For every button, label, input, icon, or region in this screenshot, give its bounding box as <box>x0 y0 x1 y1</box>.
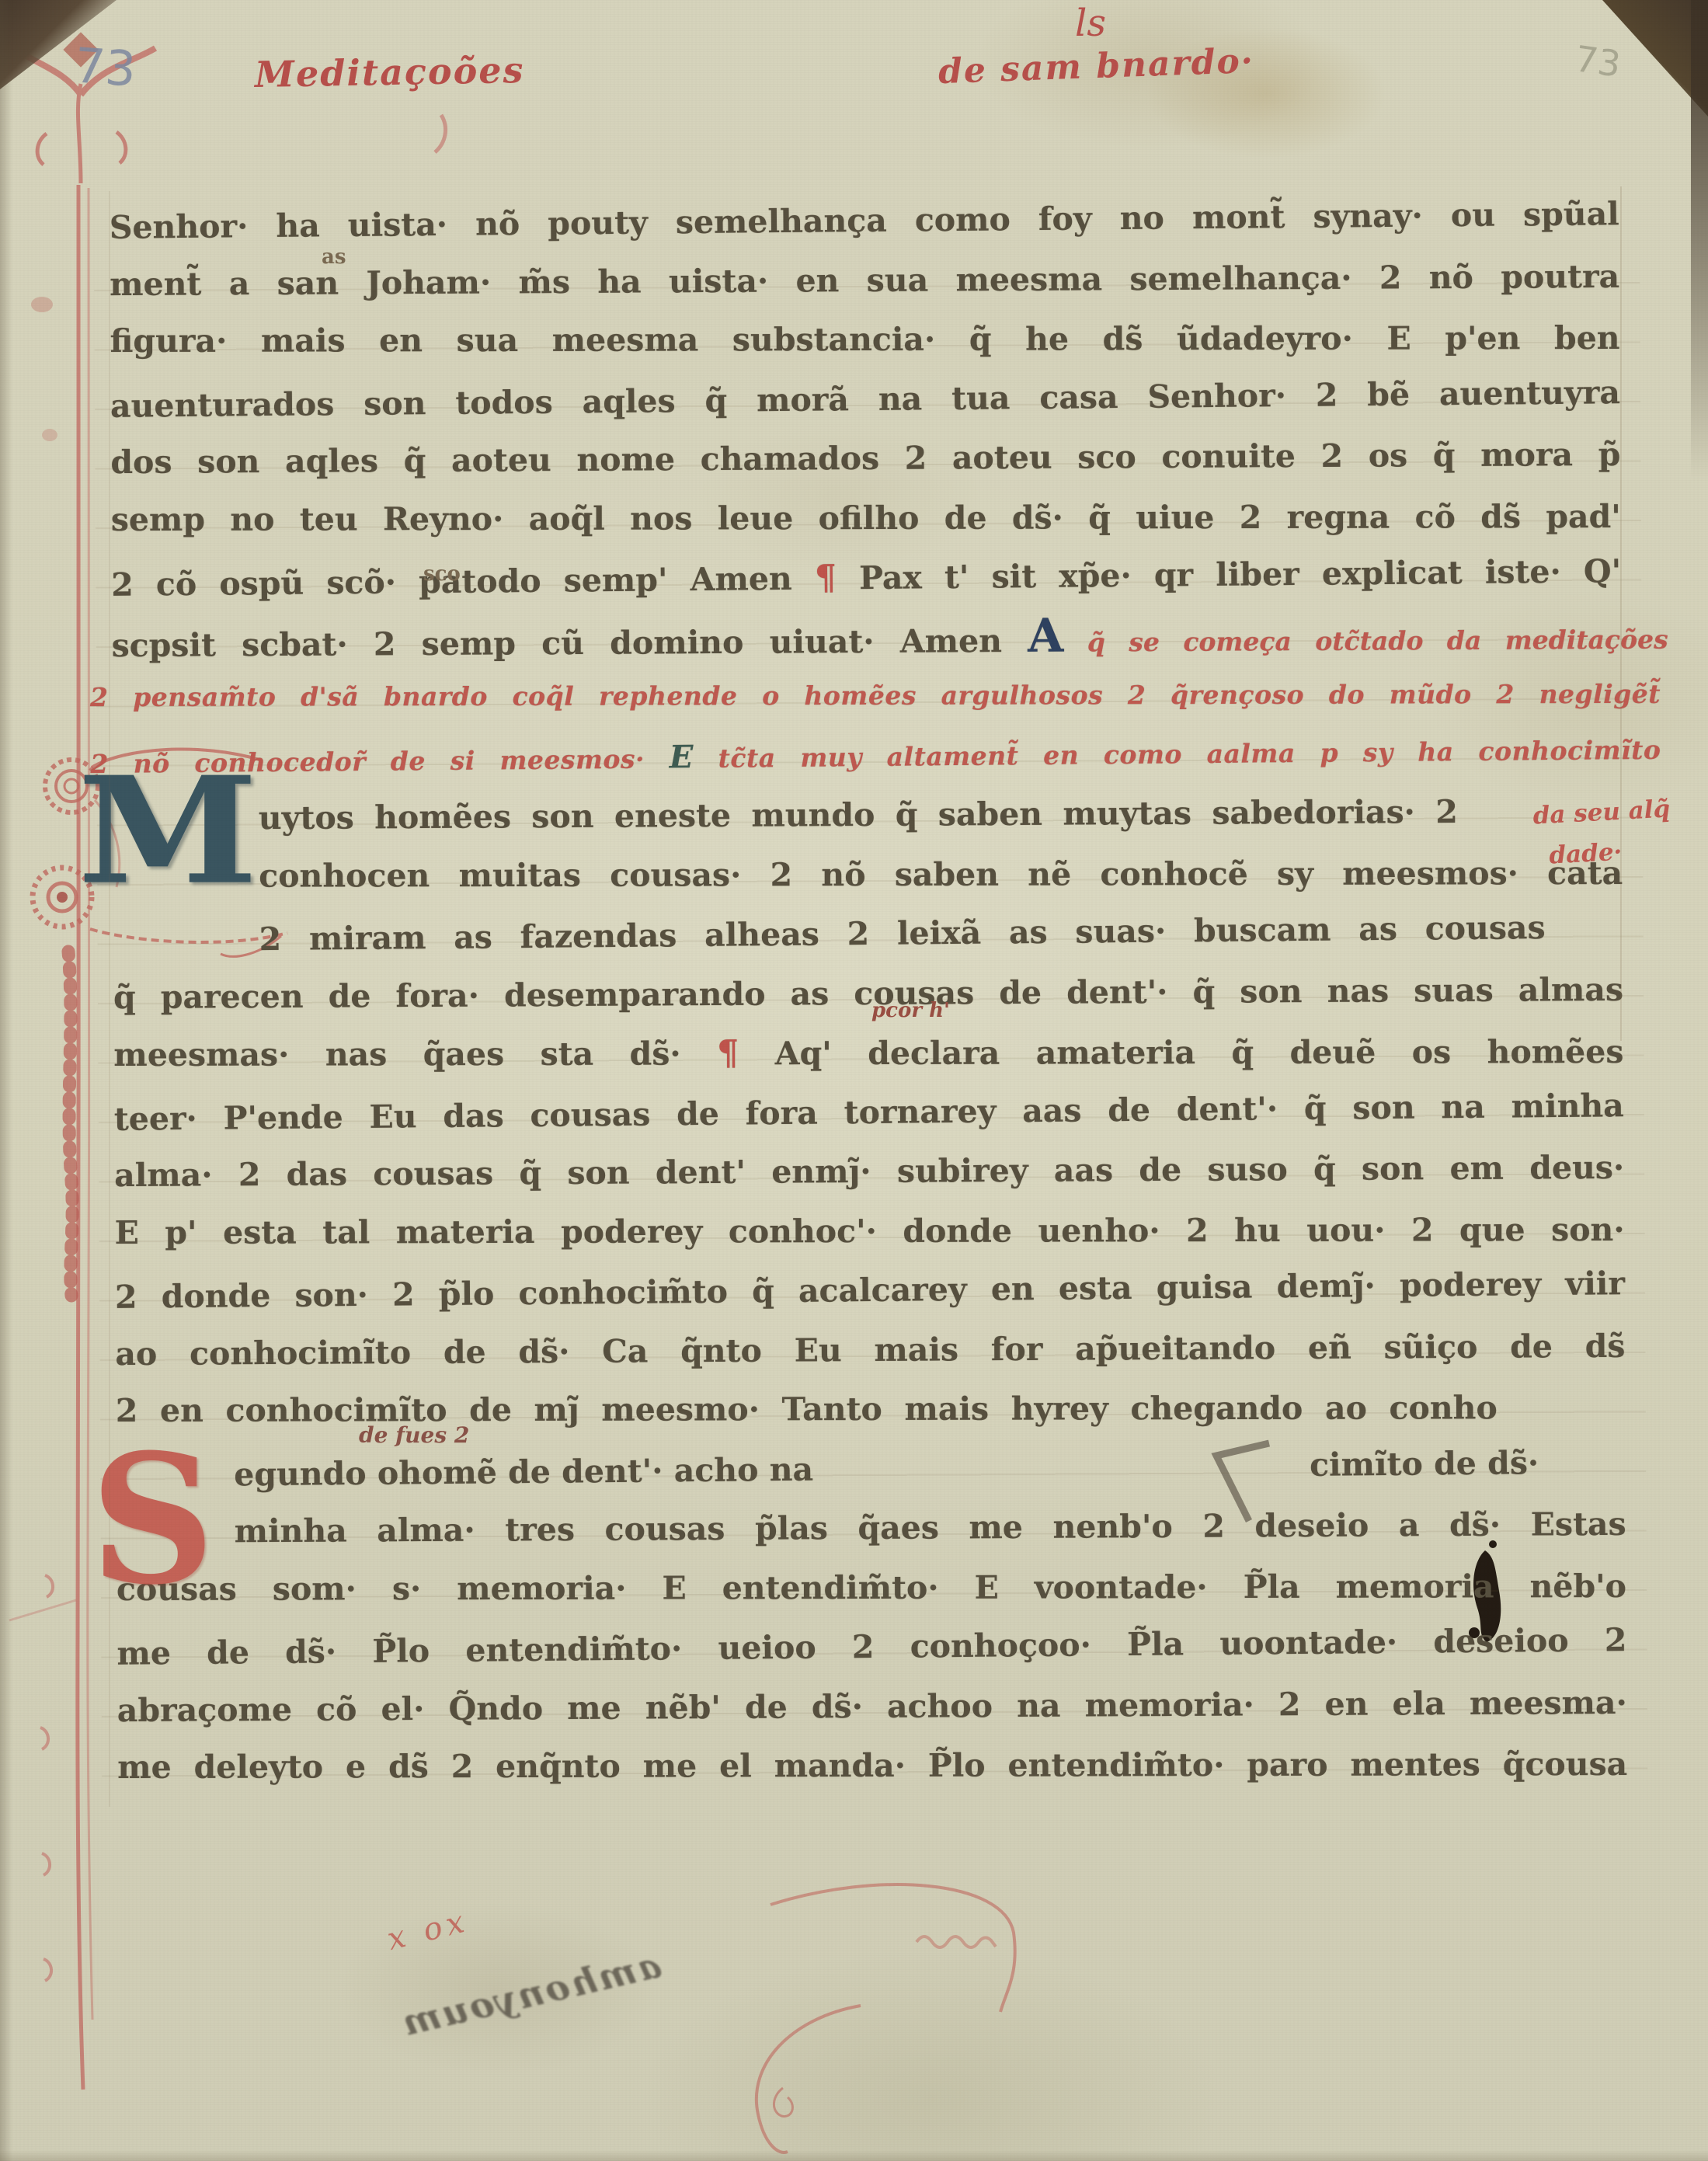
text-line: minha alma· tres cousas p̃las q̃aes me n… <box>116 1495 1626 1562</box>
text-segment: minha alma· tres cousas p̃las q̃aes me n… <box>234 1505 1626 1550</box>
text-segment: q̃ se começa otc̃tado da meditações <box>1063 624 1668 657</box>
text-segment: scpsit scbat· 2 semp cũ domino uiuat· Am… <box>112 621 1028 663</box>
text-segment: uytos homẽes son eneste mundo q̃ saben m… <box>259 793 1458 837</box>
text-segment: Aq' declara amateria q̃ deuẽ os homẽes <box>739 1033 1623 1072</box>
text-line: conhocen muitas cousas· 2 nõ saben nẽ co… <box>113 843 1623 906</box>
text-line: ao conhocimĩto de ds̃· Ca q̃nto Eu mais … <box>115 1316 1625 1383</box>
text-line: E p' esta tal materia poderey conhoc'· d… <box>115 1199 1625 1262</box>
interlinear-note: as <box>322 245 346 269</box>
text-line: teer· P'ende Eu das cousas de fora torna… <box>113 1076 1624 1149</box>
ruling-line-right <box>1620 186 1622 1041</box>
text-segment: Senhor· ha uista· nõ pouty semelhança co… <box>110 195 1619 246</box>
text-segment: me de ds̃· P̃lo entendim̃to· ueioo 2 con… <box>117 1621 1626 1672</box>
text-segment: 2 miram as fazendas alheas 2 leixã as su… <box>259 909 1545 958</box>
text-line: 2 donde son· 2 p̃lo conhocim̃to q̃ acalc… <box>115 1254 1626 1327</box>
text-segment: ¶ <box>815 557 837 597</box>
text-segment: me deleyto e ds̃ 2 enq̃nto me el manda· … <box>117 1745 1627 1786</box>
text-segment: ¶ <box>717 1032 739 1073</box>
text-line: 2 miram as fazendas alheas 2 leixã as su… <box>113 897 1623 970</box>
interlinear-note: pcor h' <box>871 999 950 1022</box>
running-title-right: de sam bnardo· <box>937 41 1255 92</box>
text-line: auenturados son todos aqles q̃ morã na t… <box>110 363 1621 436</box>
text-segment: semp no teu Reyno· aoq̃l nos leue ofilho… <box>111 497 1621 538</box>
decorated-initial-m: M <box>78 757 258 904</box>
marginal-note-line: dade· <box>1534 829 1673 876</box>
text-line: 2 en conhocimĩto de mj̃ meesmo· Tanto ma… <box>116 1378 1626 1441</box>
text-segment: conhocen muitas cousas· 2 nõ saben nẽ co… <box>259 854 1623 894</box>
chain-pattern <box>68 952 72 1296</box>
red-pen-marks: x ox <box>384 1903 472 1957</box>
text-segment: figura· mais en sua meesma substancia· q… <box>110 319 1620 360</box>
interlinear-note: de fues 2 <box>359 1422 469 1448</box>
text-segment: Pax t' sit xp̃e· qr liber explicat iste·… <box>837 552 1622 597</box>
text-line: q̃ parecen de fora· desemparando as cous… <box>113 959 1623 1027</box>
text-line: 2 cõ ospũ scõ· patodo semp' Amen ¶ Pax t… <box>111 541 1622 614</box>
text-line: 2 nõ conhocedor̃ de si meesmos· E tc̃ta … <box>90 719 1661 792</box>
text-line: me deleyto e ds̃ 2 enq̃nto me el manda· … <box>117 1735 1627 1797</box>
text-block: Senhor· ha uista· nõ pouty semelhança co… <box>110 187 1628 1800</box>
text-line: alma· 2 das cousas q̃ son dent' enmj̃· s… <box>114 1138 1624 1206</box>
text-line: scpsit scbat· 2 semp cũ domino uiuat· Am… <box>111 603 1668 670</box>
text-line: dos son aqles q̃ aoteu nome chamados 2 a… <box>110 425 1620 492</box>
text-segment: 2 cõ ospũ scõ· patodo semp' Amen <box>111 560 815 604</box>
marginal-note-line: da seu alq̃ <box>1532 788 1671 836</box>
text-segment: abraçome cõ el· Q̃ndo me nẽb' de ds̃· ac… <box>117 1683 1627 1728</box>
text-segment: E p' esta tal materia poderey conhoc'· d… <box>115 1210 1625 1251</box>
marginal-note: da seu alq̃ dade· <box>1532 788 1673 876</box>
text-line: cousas som· s· memoria· E entendim̃to· E… <box>117 1556 1626 1619</box>
text-segment: dos son aqles q̃ aoteu nome chamados 2 a… <box>110 436 1620 481</box>
pen-trial-flourishes <box>757 1884 1015 2152</box>
text-segment: 2 en conhocimĩto de mj̃ meesmo· Tanto ma… <box>116 1389 1498 1429</box>
text-segment: ao conhocimĩto de ds̃· Ca q̃nto Eu mais … <box>115 1327 1625 1372</box>
text-line: semp no teu Reyno· aoq̃l nos leue ofilho… <box>111 486 1621 549</box>
ruling-line-left <box>109 191 110 1807</box>
text-segment: meesmas· nas q̃aes sta ds̃· <box>113 1035 717 1074</box>
text-segment: 2 pensam̃to d'sã bnardo coq̃l rephende o… <box>90 679 1661 712</box>
page-edge-shade-bottom <box>0 2150 1708 2161</box>
page-edge-shade-left <box>0 0 12 2161</box>
text-line: egundo ohomẽ de dent'· acho nacimĩto de … <box>116 1432 1626 1505</box>
inline-initial: A <box>1028 608 1063 663</box>
text-segment: cimĩto de ds̃· <box>1310 1433 1539 1495</box>
inline-initial: E <box>669 739 694 775</box>
folio-number-pencil: 73 <box>73 37 138 97</box>
running-title-left: Meditaçoões <box>255 49 525 96</box>
interlinear-note: sco <box>423 562 461 586</box>
text-segment: 2 donde son· 2 p̃lo conhocim̃to q̃ acalc… <box>115 1265 1625 1316</box>
text-line: uytos homẽes son eneste mundo q̃ saben m… <box>113 781 1623 849</box>
book-edge-shadow-right <box>1691 0 1708 482</box>
text-line: meesmas· nas q̃aes sta ds̃· ¶ Aq' declar… <box>113 1021 1623 1084</box>
manuscript-page: 73 Meditaçoões ls de sam bnardo· 73 Senh… <box>0 0 1708 2161</box>
text-segment: cousas som· s· memoria· E entendim̃to· E… <box>117 1567 1626 1607</box>
text-segment: auenturados son todos aqles q̃ morã na t… <box>110 374 1620 425</box>
text-segment: q̃ parecen de fora· desemparando as cous… <box>113 970 1623 1015</box>
text-segment: alma· 2 das cousas q̃ son dent' enmj̃· s… <box>114 1149 1624 1194</box>
text-line: 2 pensam̃to d'sã bnardo coq̃l rephende o… <box>90 665 1661 728</box>
ink-offset-scribble: amhonyoum <box>396 1944 665 2044</box>
text-line: figura· mais en sua meesma substancia· q… <box>110 308 1620 371</box>
folio-number-faint: 73 <box>1573 37 1623 85</box>
text-line: me de ds̃· P̃lo entendim̃to· ueioo 2 con… <box>117 1610 1627 1683</box>
text-segment: egundo ohomẽ de dent'· acho na <box>234 1439 814 1504</box>
text-segment: teer· P'ende Eu das cousas de fora torna… <box>114 1087 1624 1138</box>
text-line: abraçome cõ el· Q̃ndo me nẽb' de ds̃· ac… <box>117 1672 1627 1740</box>
text-segment: tc̃ta muy altament̃ en como aalma p sy h… <box>694 734 1661 773</box>
running-title-superscript: ls <box>1075 2 1106 45</box>
